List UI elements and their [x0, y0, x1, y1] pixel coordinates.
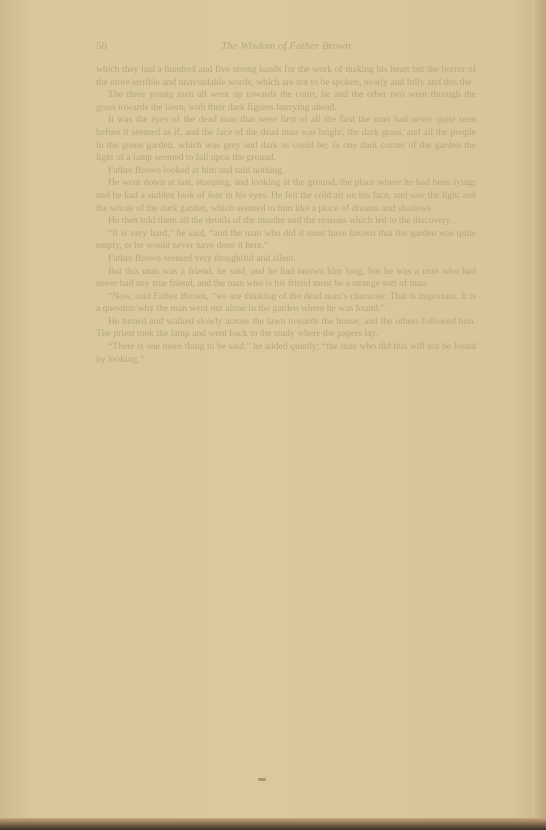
page-edge: [532, 0, 546, 830]
paragraph: Father Brown seemed very thoughtful and …: [96, 253, 476, 266]
running-title: The Wisdom of Father Brown: [96, 40, 476, 52]
paragraph: “Now, said Father Brown, “we are thinkin…: [96, 291, 476, 316]
ink-mark: [258, 778, 266, 781]
paragraph: He turned and walked slowly across the l…: [96, 316, 476, 341]
paragraph: “It is very hard,” he said, “and the man…: [96, 228, 476, 253]
page-body: which they had a hundred and five strong…: [96, 64, 476, 366]
paragraph: which they had a hundred and five strong…: [96, 64, 476, 89]
book-page: 56 The Wisdom of Father Brown which they…: [0, 0, 546, 830]
paragraph: Father Brown looked at him and said noth…: [96, 165, 476, 178]
paragraph: “There is one more thing to be said,” he…: [96, 341, 476, 366]
paragraph: The three young men all went up towards …: [96, 89, 476, 114]
page-header: 56 The Wisdom of Father Brown: [96, 40, 476, 60]
paragraph: It was the eyes of the dead man that wer…: [96, 114, 476, 164]
paragraph: He went down at last, stooping, and look…: [96, 177, 476, 215]
paragraph: But this man was a friend, he said, and …: [96, 266, 476, 291]
paragraph: He then told them all the details of the…: [96, 215, 476, 228]
page-bottom-edge: [0, 818, 546, 830]
